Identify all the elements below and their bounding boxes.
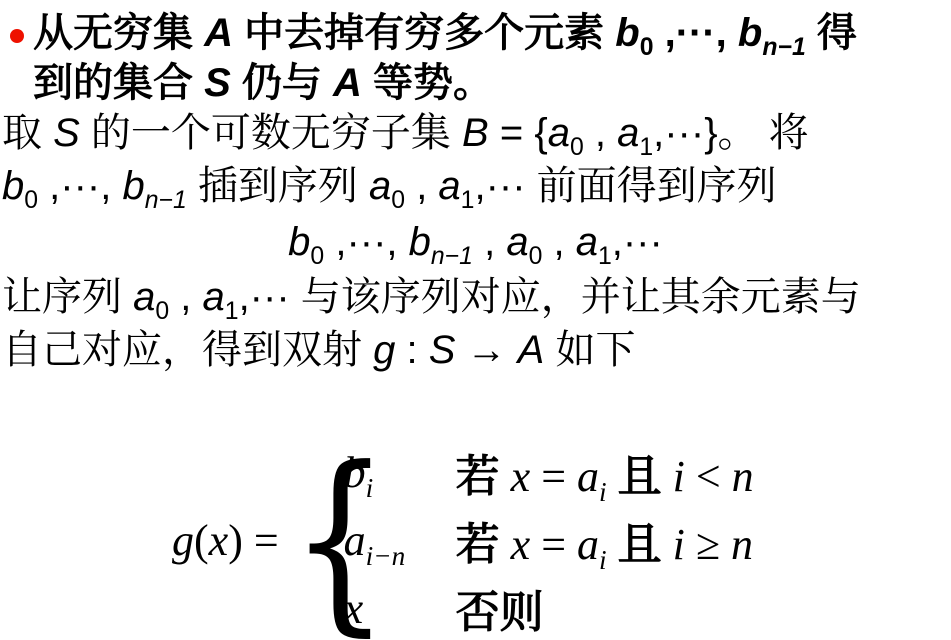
case-condition: 若 x = ai 且 i < n bbox=[456, 440, 754, 504]
case-row: ai−n 若 x = ai 且 i ≥ n bbox=[344, 506, 754, 574]
body-line-4: 自己对应，得到双射 g : S → A 如下 bbox=[2, 324, 949, 377]
case-condition: 若 x = ai 且 i ≥ n bbox=[456, 508, 753, 572]
case-row: bi 若 x = ai 且 i < n bbox=[344, 438, 754, 506]
case-condition: 否则 bbox=[456, 576, 544, 640]
piecewise-formula: g(x) = { bi 若 x = ai 且 i < n ai−n 若 x = … bbox=[172, 438, 754, 640]
heading-line-1: 从无穷集 A 中去掉有穷多个元素 b0 ,···, bn−1 得 bbox=[33, 8, 948, 58]
body-line-3: 让序列 a0 , a1,··· 与该序列对应，并让其余元素与 bbox=[2, 271, 949, 324]
bullet-item: 从无穷集 A 中去掉有穷多个元素 b0 ,···, bn−1 得 到的集合 S … bbox=[8, 8, 948, 108]
formula-cases: bi 若 x = ai 且 i < n ai−n 若 x = ai 且 i ≥ … bbox=[344, 438, 754, 640]
left-brace-icon: { bbox=[290, 438, 332, 640]
heading-line-2: 到的集合 S 仍与 A 等势。 bbox=[33, 58, 948, 108]
bullet-icon bbox=[10, 29, 24, 43]
formula-lhs: g(x) = bbox=[172, 515, 290, 566]
body-line-2: b0 ,···, bn−1 插到序列 a0 , a1,··· 前面得到序列 bbox=[2, 160, 949, 213]
heading: 从无穷集 A 中去掉有穷多个元素 b0 ,···, bn−1 得 到的集合 S … bbox=[8, 8, 948, 108]
sequence-line: b0 ,···, bn−1 , a0 , a1,··· bbox=[2, 213, 949, 271]
slide: 从无穷集 A 中去掉有穷多个元素 b0 ,···, bn−1 得 到的集合 S … bbox=[0, 0, 951, 640]
case-row: x 否则 bbox=[344, 574, 754, 640]
body-line-1: 取 S 的一个可数无穷子集 B = {a0 , a1,···}。 将 bbox=[2, 107, 949, 160]
body-paragraph: 取 S 的一个可数无穷子集 B = {a0 , a1,···}。 将 b0 ,·… bbox=[2, 107, 949, 377]
